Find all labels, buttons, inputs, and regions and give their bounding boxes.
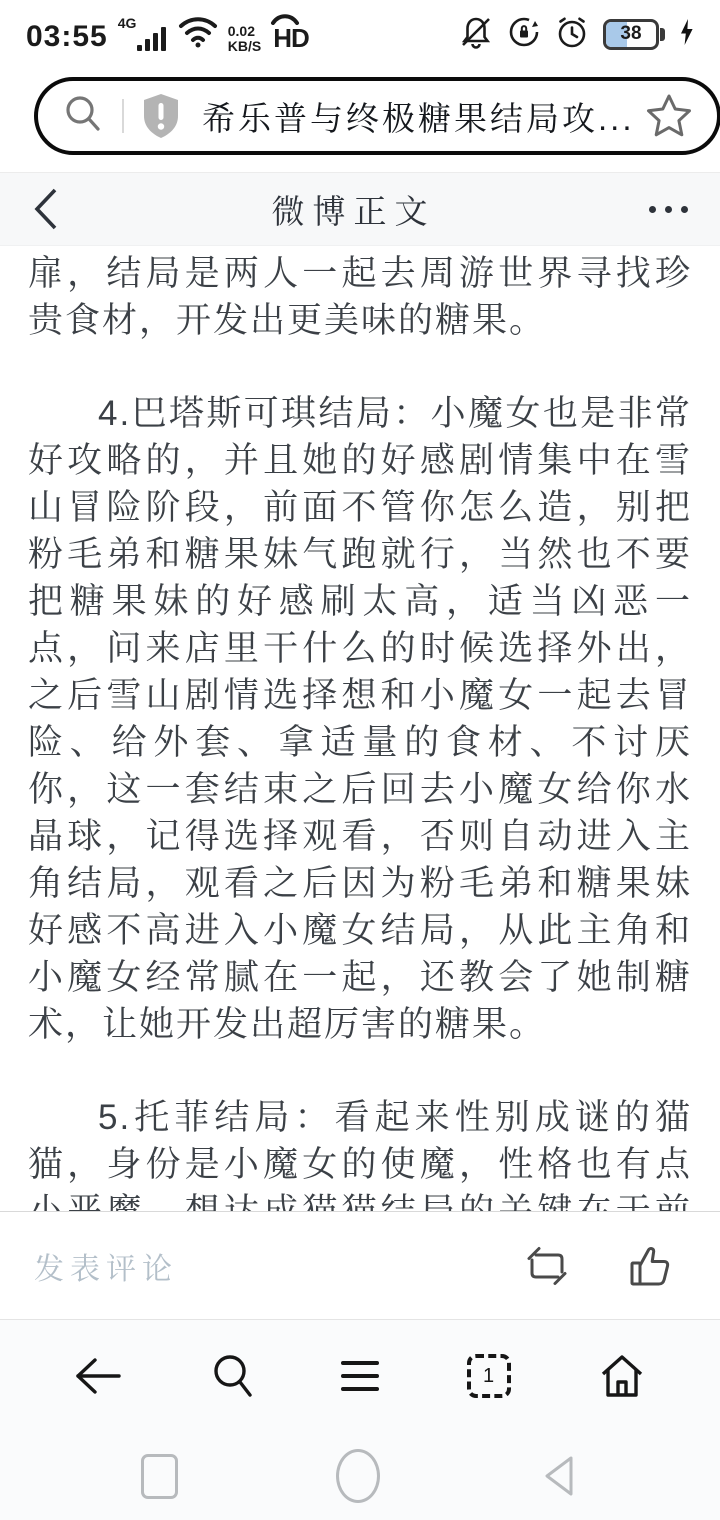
article-paragraph: 5.托菲结局：看起来性别成谜的猫猫，身份是小魔女的使魔，性格也有点小恶魔。想达成… [28, 1094, 692, 1211]
article-paragraph: 扉，结局是两人一起去周游世界寻找珍贵食材，开发出更美味的糖果。 [28, 250, 692, 344]
page-nav-bar: 微博正文 [0, 172, 720, 246]
battery-indicator: 38 [603, 19, 665, 50]
mute-icon [459, 15, 493, 54]
home-icon[interactable] [598, 1353, 646, 1399]
divider [122, 99, 124, 133]
wifi-icon [178, 15, 218, 54]
back-triangle-icon[interactable] [538, 1451, 580, 1501]
browser-toolbar: 1 [0, 1319, 720, 1432]
search-icon[interactable] [62, 93, 104, 140]
cell-signal-icon: 4G [118, 16, 168, 54]
article-body: 扉，结局是两人一起去周游世界寻找珍贵食材，开发出更美味的糖果。 4.巴塔斯可琪结… [0, 246, 720, 1211]
thumbs-up-icon[interactable] [626, 1243, 674, 1289]
signal-bars-icon [137, 27, 166, 51]
browser-address-section: 希乐普与终极糖果结局攻... [0, 60, 720, 172]
status-bar: 03:55 4G 0.02 KB/S HD [0, 0, 720, 60]
bookmark-star-icon[interactable] [645, 93, 693, 139]
comment-bar: 发表评论 [0, 1211, 720, 1319]
page-nav-title: 微博正文 [58, 186, 649, 233]
shield-alert-icon[interactable] [140, 92, 182, 140]
network-speed: 0.02 KB/S [228, 24, 261, 54]
tab-count: 1 [483, 1365, 494, 1388]
charging-bolt-icon [679, 18, 694, 51]
address-bar[interactable]: 希乐普与终极糖果结局攻... [34, 77, 720, 155]
android-nav-bar [0, 1432, 720, 1520]
more-ellipsis-icon[interactable] [649, 206, 688, 213]
volte-hd-icon: HD [273, 23, 309, 54]
status-right-cluster: 38 [459, 15, 694, 54]
recents-square-icon[interactable] [141, 1454, 178, 1499]
alarm-icon [555, 15, 589, 54]
battery-percent: 38 [620, 23, 641, 45]
article-paragraph: 4.巴塔斯可琪结局：小魔女也是非常好攻略的，并且她的好感剧情集中在雪山冒险阶段，… [28, 390, 692, 1048]
home-circle-icon[interactable] [336, 1449, 380, 1503]
tabs-icon[interactable]: 1 [467, 1354, 511, 1398]
search-icon[interactable] [210, 1353, 254, 1399]
back-arrow-icon[interactable] [74, 1357, 122, 1395]
comment-input[interactable]: 发表评论 [34, 1244, 524, 1288]
status-left-cluster: 03:55 4G 0.02 KB/S HD [26, 15, 309, 54]
back-chevron-icon[interactable] [32, 187, 58, 231]
repost-icon[interactable] [524, 1244, 570, 1288]
page-title[interactable]: 希乐普与终极糖果结局攻... [202, 93, 635, 140]
rotation-lock-icon [507, 15, 541, 54]
menu-icon[interactable] [341, 1361, 379, 1391]
clock-time: 03:55 [26, 20, 108, 54]
network-type-label: 4G [118, 15, 137, 31]
